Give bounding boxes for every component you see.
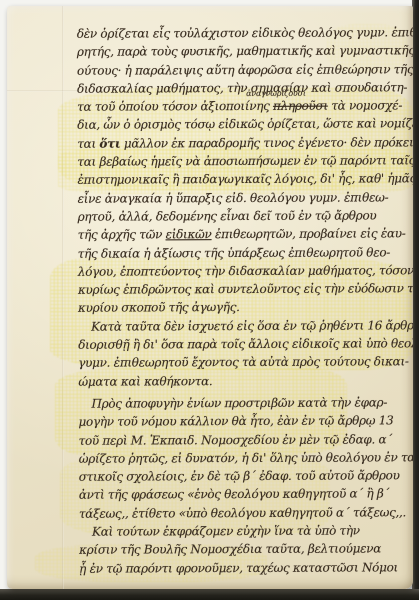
scan-edge-bottom — [0, 589, 419, 600]
handwriting-line: τάξεως,, ἐτίθετο «ὑπὸ θεολόγου καθηγητοῦ… — [79, 503, 413, 523]
handwriting-line: ρητής, παρὰ τοὺς φυσικῆς, μαθηματικῆς κα… — [77, 42, 413, 62]
handwriting-line: ᾗ ἐν τῷ παρόντι φρονοῦμεν, ταχέως καταστ… — [79, 558, 413, 578]
handwriting-segment: ται — [77, 136, 99, 150]
handwriting-segment: τῆς δικαία ἡ ἀξίωσις τῆς ὑπάρξεως ἐπιθεω… — [78, 245, 390, 260]
handwriting-line: ται βεβαίως ἡμεῖς νὰ ἀποσιωπήσωμεν ἐν τῷ… — [77, 151, 413, 171]
handwriting-line: ούτους· ἡ παράλειψις αὕτη ἀφορῶσα εἰς ἐπ… — [77, 60, 413, 80]
handwriting-segment: ρητής, παρὰ τοὺς φυσικῆς, μαθηματικῆς κα… — [77, 43, 413, 59]
handwriting-segment: λόγου, ἐποπτεύοντος τὴν διδασκαλίαν μαθή… — [78, 263, 413, 278]
handwriting-line: δὲν ὁρίζεται εἷς τοὐλάχιστον εἰδικὸς θεο… — [77, 23, 413, 43]
handwriting-segment: εἶνε ἀναγκαία ἡ ὕπαρξις εἰδ. θεολόγου γυ… — [78, 190, 389, 205]
handwriting-line: ώματα καὶ καθήκοντα. — [78, 371, 413, 391]
handwriting-line: Κατὰ ταῦτα δὲν ἰσχυετό εἰς ὅσα ἐν τῷ ῥηθ… — [78, 316, 413, 336]
interlinear-insertion: ἀναγνωρίζουσι — [246, 90, 306, 98]
handwriting-segment: τάξεως,, ἐτίθετο «ὑπὸ θεολόγου καθηγητοῦ… — [79, 505, 406, 520]
handwriting-line: τοῦ περὶ Μ. Ἐκπαιδ. Νομοσχεδίου ἐν μὲν τ… — [79, 430, 413, 450]
handwriting-line: κρίσιν τῆς Βουλῆς Νομοσχέδια ταῦτα, βελτ… — [79, 540, 413, 560]
handwriting-segment: κυρίως ἐπιδρῶντος καὶ συντελοῦντος εἰς τ… — [78, 281, 413, 297]
paper-crease-horizontal — [7, 90, 77, 92]
paper-crease-vertical — [62, 6, 64, 589]
handwriting-segment: μογὴν τοῦ νόμου κάλλιον θὰ ἦτο, ἐὰν ἐν τ… — [78, 414, 393, 429]
handwriting-segment: Καὶ τούτων ἐκφράζομεν εὐχὴν ἵνα τὰ ὑπὸ τ… — [92, 524, 360, 539]
handwriting-segment: ὡρίζετο ῥητῶς, εἰ δυνατόν, ἡ δι' ὅλης ὑπ… — [79, 450, 413, 466]
handwriting-segment: ρητοῦ, ἀλλά, δεδομένης εἶναι δεῖ τοῦ ἐν … — [78, 208, 377, 223]
handwriting-segment: ται βεβαίως ἡμεῖς νὰ ἀποσιωπήσωμεν ἐν τῷ… — [77, 153, 413, 168]
handwriting-line: διδασκαλίας μαθήματος, τὴν σημασίαν καὶ … — [77, 78, 413, 98]
handwriting-segment: τοῦ περὶ Μ. Ἐκπαιδ. Νομοσχεδίου ἐν μὲν τ… — [79, 432, 392, 447]
scanned-manuscript-page: δὲν ὁρίζεται εἷς τοὐλάχιστον εἰδικὸς θεο… — [0, 0, 419, 600]
handwriting-segment: δια, ὧν ὁ ὁρισμὸς τόσῳ εἰδικῶς ὁρίζεται,… — [77, 117, 413, 133]
handwriting-line: κυρίου σκοποῦ τῆς ἀγωγῆς. — [78, 298, 413, 318]
handwriting-line: διορισθῇ ἢ δι' ὅσα παρὰ τοῖς ἄλλοις εἰδι… — [78, 334, 413, 354]
handwriting-segment: διδασκαλίας μαθήματος, τὴν σημασίαν καὶ … — [77, 80, 407, 95]
handwriting-segment: ώματα καὶ καθήκοντα. — [78, 374, 212, 389]
handwriting-line: Πρὸς ἀποφυγὴν ἐνίων προστριβῶν κατὰ τὴν … — [78, 393, 413, 413]
handwriting-text-block: δὲν ὁρίζεται εἷς τοὐλάχιστον εἰδικὸς θεο… — [77, 23, 413, 577]
handwriting-segment: διορισθῇ ἢ δι' ὅσα παρὰ τοῖς ἄλλοις εἰδι… — [78, 336, 413, 352]
handwriting-segment: κυρίου σκοποῦ τῆς ἀγωγῆς. — [78, 300, 240, 315]
handwriting-segment: Κατὰ ταῦτα δὲν ἰσχυετό εἰς ὅσα ἐν τῷ ῥηθ… — [91, 318, 413, 333]
handwriting-line: δια, ὧν ὁ ὁρισμὸς τόσῳ εἰδικῶς ὁρίζεται,… — [77, 115, 413, 135]
handwriting-segment: τῆς ἀρχῆς τῶν — [78, 228, 166, 242]
handwriting-line: μογὴν τοῦ νόμου κάλλιον θὰ ἦτο, ἐὰν ἐν τ… — [78, 411, 413, 431]
handwriting-line: κυρίως ἐπιδρῶντος καὶ συντελοῦντος εἰς τ… — [78, 279, 413, 299]
handwriting-segment: ὅτι — [99, 136, 120, 150]
handwriting-segment: Πρὸς ἀποφυγὴν ἐνίων προστριβῶν κατὰ τὴν … — [91, 395, 387, 410]
handwriting-segment: γυμν. ἐπιθεωρητοῦ ἔχοντος τὰ αὐτὰ πρὸς τ… — [78, 355, 408, 370]
handwriting-segment: τὰ νομοσχέ- — [328, 99, 402, 113]
handwriting-line: ὡρίζετο ῥητῶς, εἰ δυνατόν, ἡ δι' ὅλης ὑπ… — [79, 448, 413, 468]
handwriting-line: ται ὅτι μᾶλλον ἐκ παραδρομῆς τινος ἐγένε… — [77, 133, 413, 153]
scan-edge-right — [412, 0, 419, 600]
handwriting-line: ἀντὶ τῆς φράσεως «ἑνὸς θεολόγου καθηγητο… — [79, 485, 413, 505]
handwriting-line: τῆς δικαία ἡ ἀξίωσις τῆς ὑπάρξεως ἐπιθεω… — [78, 243, 413, 263]
handwriting-segment: κρίσιν τῆς Βουλῆς Νομοσχέδια ταῦτα, βελτ… — [79, 542, 381, 557]
handwriting-line: στικοῖς σχολείοις, ἐν δὲ τῷ β΄ ἐδαφ. τοῦ… — [79, 466, 413, 486]
handwriting-line: τῆς ἀρχῆς τῶν εἰδικῶν ἐπιθεωρητῶν, προβα… — [78, 225, 413, 245]
handwriting-segment: ἐπιστημονικαῖς ἢ παιδαγωγικαῖς λόγοις, δ… — [77, 172, 413, 187]
handwriting-segment: πληροῦσι — [273, 99, 328, 113]
handwriting-segment: εἰδικῶν — [166, 227, 212, 241]
handwriting-segment: ᾗ ἐν τῷ παρόντι φρονοῦμεν, ταχέως καταστ… — [79, 560, 398, 575]
handwriting-segment: ἐπιθεωρητῶν, προβαίνει εἰς ἑαυ- — [211, 227, 405, 242]
handwriting-line: ρητοῦ, ἀλλά, δεδομένης εἶναι δεῖ τοῦ ἐν … — [78, 206, 413, 226]
handwriting-line: λόγου, ἐποπτεύοντος τὴν διδασκαλίαν μαθή… — [78, 261, 413, 281]
handwriting-line: γυμν. ἐπιθεωρητοῦ ἔχοντος τὰ αὐτὰ πρὸς τ… — [78, 353, 413, 373]
handwriting-segment: μᾶλλον ἐκ παραδρομῆς τινος ἐγένετο· δὲν … — [120, 135, 413, 150]
handwriting-line: Καὶ τούτων ἐκφράζομεν εὐχὴν ἵνα τὰ ὑπὸ τ… — [79, 521, 413, 541]
handwriting-segment: ούτους· ἡ παράλειψις αὕτη ἀφορῶσα εἰς ἐπ… — [77, 62, 413, 77]
handwriting-line: τα τοῦ ὁποίου τόσον ἀξιοποιίνης πληροῦσι… — [77, 96, 413, 116]
handwriting-line: ἐπιστημονικαῖς ἢ παιδαγωγικαῖς λόγοις, δ… — [77, 170, 413, 190]
handwriting-segment: ἀντὶ τῆς φράσεως «ἑνὸς θεολόγου καθηγητο… — [79, 487, 389, 502]
handwriting-segment: στικοῖς σχολείοις, ἐν δὲ τῷ β΄ ἐδαφ. τοῦ… — [79, 468, 400, 483]
handwriting-segment: τα τοῦ ὁποίου τόσον ἀξιοποιίνης — [77, 99, 273, 114]
paper-sheet: δὲν ὁρίζεται εἷς τοὐλάχιστον εἰδικὸς θεο… — [7, 6, 413, 589]
handwriting-segment: δὲν ὁρίζεται εἷς τοὐλάχιστον εἰδικὸς θεο… — [77, 25, 413, 41]
handwriting-line: εἶνε ἀναγκαία ἡ ὕπαρξις εἰδ. θεολόγου γυ… — [78, 188, 413, 208]
